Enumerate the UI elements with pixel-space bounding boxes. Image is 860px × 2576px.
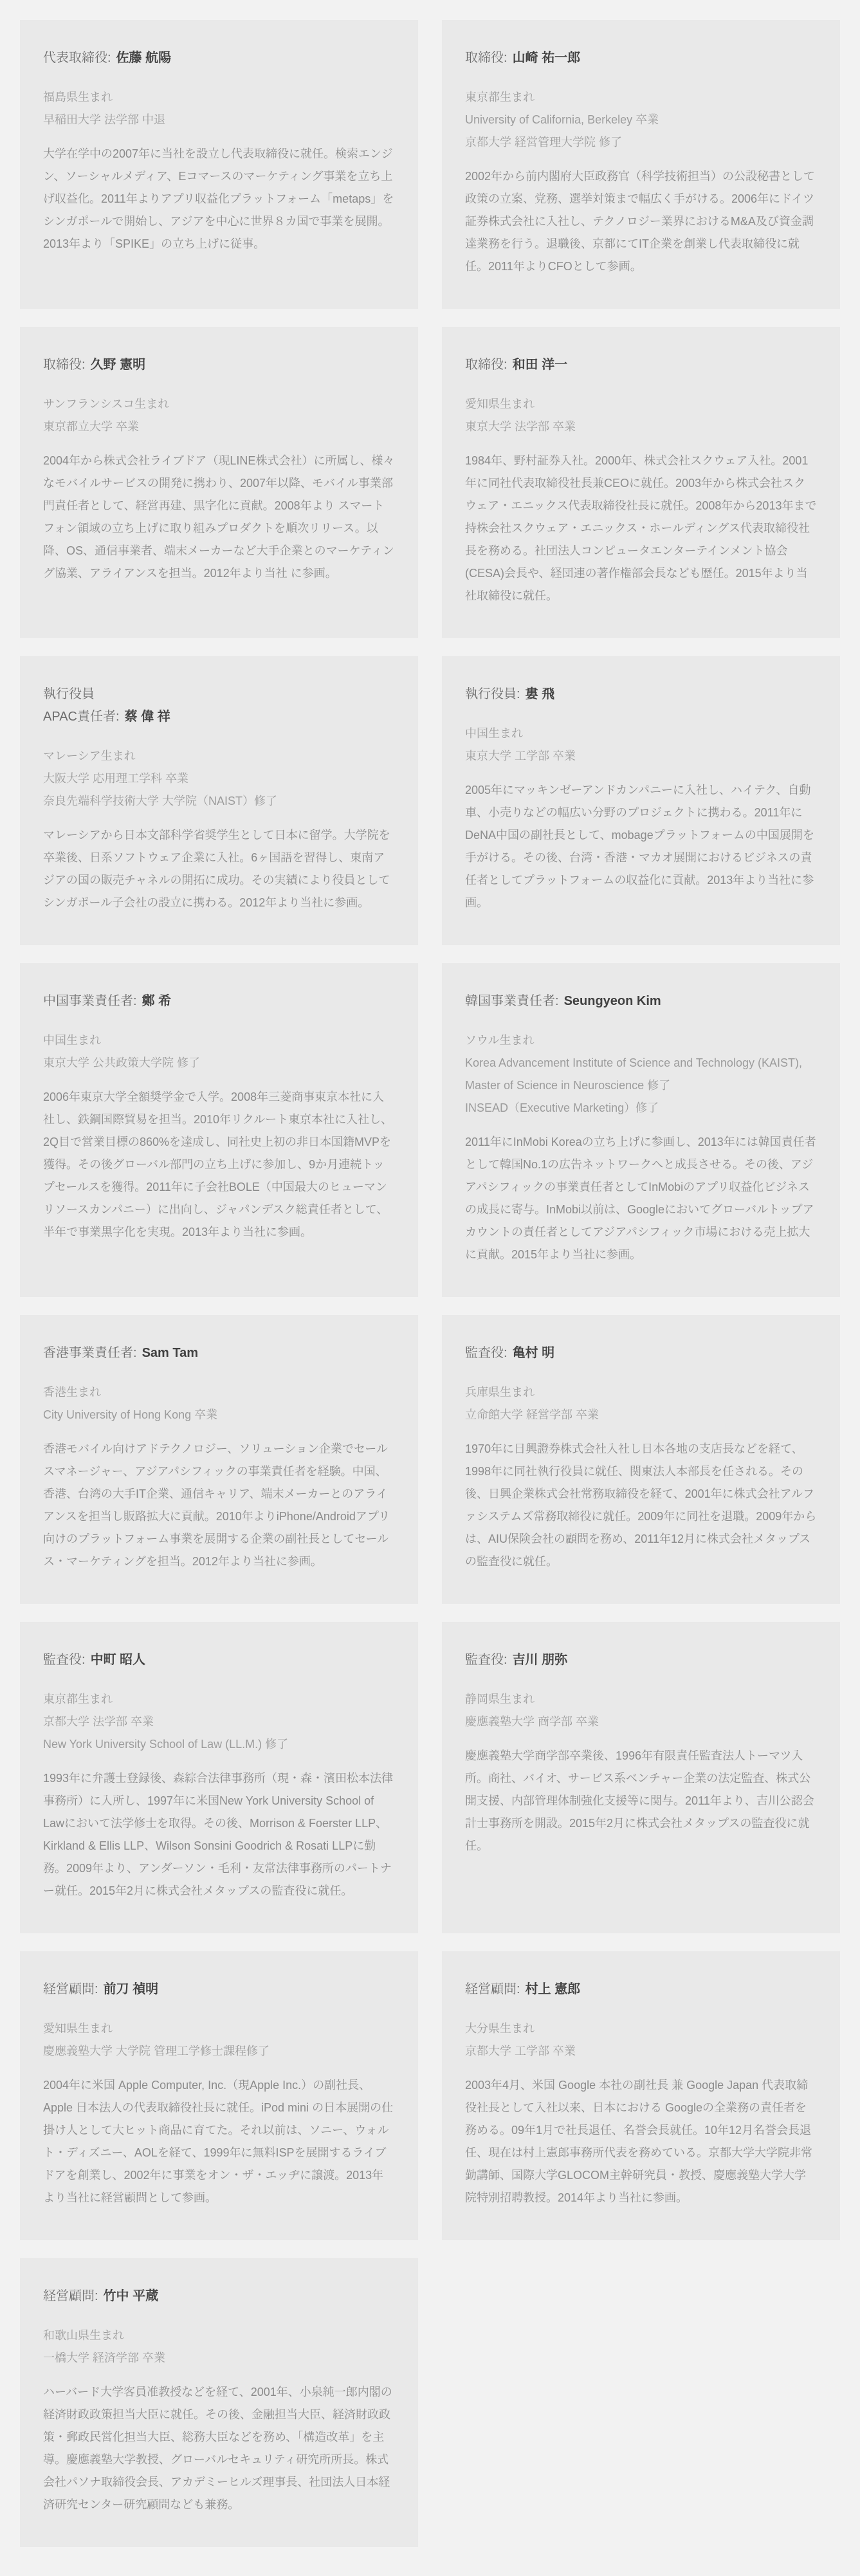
profile-title: 監査役:中町 昭人 [43, 1649, 395, 1671]
profile-name: 佐藤 航陽 [116, 51, 172, 65]
profile-origin-education: 大分県生まれ 京都大学 工学部 卒業 [465, 2018, 817, 2063]
profile-role: 経営顧問: [43, 2289, 98, 2303]
profile-card-murakami-norio: 経営顧問:村上 憲郎 大分県生まれ 京都大学 工学部 卒業 2003年4月、米国… [442, 1951, 840, 2240]
profile-bio: マレーシアから日本文部科学省奨学生として日本に留学。大学院を卒業後、日系ソフトウ… [43, 824, 395, 914]
profile-role: 経営顧問: [43, 1982, 98, 1996]
executives-page: 代表取締役:佐藤 航陽 福島県生まれ 早稲田大学 法学部 中退 大学在学中の20… [0, 0, 860, 2576]
profile-bio: 香港モバイル向けアドテクノロジー、ソリューション企業でセールスマネージャー、アジ… [43, 1438, 395, 1573]
profile-card-seungyeon-kim: 韓国事業責任者:Seungyeon Kim ソウル生まれ Korea Advan… [442, 963, 840, 1297]
profile-name: 前刀 禎明 [104, 1982, 159, 1996]
profile-origin-education: 静岡県生まれ 慶應義塾大学 商学部 卒業 [465, 1688, 817, 1733]
profile-bio: 2002年から前内閣府大臣政務官（科学技術担当）の公設秘書として政策の立案、党務… [465, 165, 817, 278]
profile-card-yamazaki-yuichiro: 取締役:山崎 祐一郎 東京都生まれ University of Californ… [442, 20, 840, 309]
profile-role: 監査役: [465, 1653, 508, 1667]
profile-bio: ハーバード大学客員准教授などを経て、2001年、小泉純一郎内閣の経済財政政策担当… [43, 2381, 395, 2516]
profile-title: 代表取締役:佐藤 航陽 [43, 47, 395, 69]
profile-name: 婁 飛 [526, 687, 555, 701]
profile-title: 監査役:亀村 明 [465, 1342, 817, 1365]
profile-name: Seungyeon Kim [564, 994, 661, 1008]
profile-title: 経営顧問:竹中 平蔵 [43, 2285, 395, 2308]
profile-bio: 2011年にInMobi Koreaの立ち上げに参画し、2013年には韓国責任者… [465, 1131, 817, 1266]
profile-origin-education: 香港生まれ City University of Hong Kong 卒業 [43, 1381, 395, 1426]
profile-origin-education: サンフランシスコ生まれ 東京都立大学 卒業 [43, 393, 395, 438]
profile-title: 取締役:和田 洋一 [465, 354, 817, 376]
profile-bio: 2005年にマッキンゼーアンドカンパニーに入社し、ハイテク、自動車、小売りなどの… [465, 779, 817, 914]
profile-origin-education: マレーシア生まれ 大阪大学 応用理工学科 卒業 奈良先端科学技術大学 大学院（N… [43, 745, 395, 813]
profile-origin-education: 和歌山県生まれ 一橋大学 経済学部 卒業 [43, 2324, 395, 2369]
profile-title: 執行役員:婁 飛 [465, 683, 817, 706]
profile-name: 和田 洋一 [513, 358, 568, 372]
profile-role: 代表取締役: [43, 51, 111, 65]
profile-card-takenaka-heizo: 経営顧問:竹中 平蔵 和歌山県生まれ 一橋大学 経済学部 卒業 ハーバード大学客… [20, 2258, 418, 2547]
profile-card-kamemura-akira: 監査役:亀村 明 兵庫県生まれ 立命館大学 経営学部 卒業 1970年に日興證券… [442, 1315, 840, 1604]
profile-title: 監査役:吉川 朋弥 [465, 1649, 817, 1671]
profile-title: 韓国事業責任者:Seungyeon Kim [465, 990, 817, 1013]
profile-bio: 2003年4月、米国 Google 本社の副社長 兼 Google Japan … [465, 2074, 817, 2209]
profile-origin-education: ソウル生まれ Korea Advancement Institute of Sc… [465, 1029, 817, 1119]
profile-role: 香港事業責任者: [43, 1346, 137, 1360]
profile-bio: 2006年東京大学全額奨学金で入学。2008年三菱商事東京本社に入社し、鉄鋼国際… [43, 1086, 395, 1244]
profile-title: 中国事業責任者:鄭 希 [43, 990, 395, 1013]
profile-bio: 慶應義塾大学商学部卒業後、1996年有限責任監査法人トーマツ入所。商社、バイオ、… [465, 1745, 817, 1857]
profile-card-chua-wei-siang: 執行役員 APAC責任者:蔡 偉 祥 マレーシア生まれ 大阪大学 応用理工学科 … [20, 656, 418, 945]
profile-bio: 2004年から株式会社ライブドア（現LINE株式会社）に所属し、様々なモバイルサ… [43, 450, 395, 585]
profile-origin-education: 愛知県生まれ 慶應義塾大学 大学院 管理工学修士課程修了 [43, 2018, 395, 2063]
profile-role: 取締役: [43, 358, 86, 372]
profile-origin-education: 中国生まれ 東京大学 公共政策大学院 修了 [43, 1029, 395, 1074]
profile-origin-education: 東京都生まれ 京都大学 法学部 卒業 New York University S… [43, 1688, 395, 1756]
profile-origin-education: 福島県生まれ 早稲田大学 法学部 中退 [43, 86, 395, 131]
profile-name: 亀村 明 [513, 1346, 555, 1360]
profile-card-lou-fei: 執行役員:婁 飛 中国生まれ 東京大学 工学部 卒業 2005年にマッキンゼーア… [442, 656, 840, 945]
profile-role: 取締役: [465, 51, 508, 65]
profile-card-sato-katsuaki: 代表取締役:佐藤 航陽 福島県生まれ 早稲田大学 法学部 中退 大学在学中の20… [20, 20, 418, 309]
profile-name: 久野 憲明 [91, 358, 146, 372]
profile-name: 蔡 偉 祥 [125, 710, 170, 724]
profile-role: 監査役: [43, 1653, 86, 1667]
profile-card-tei-ki: 中国事業責任者:鄭 希 中国生まれ 東京大学 公共政策大学院 修了 2006年東… [20, 963, 418, 1297]
profile-title: 経営顧問:前刀 禎明 [43, 1978, 395, 2001]
profile-role: 中国事業責任者: [43, 994, 137, 1008]
profile-title: 香港事業責任者:Sam Tam [43, 1342, 395, 1365]
profile-bio: 1993年に弁護士登録後、森綜合法律事務所（現・森・濱田松本法律事務所）に入所し… [43, 1767, 395, 1902]
profile-card-sam-tam: 香港事業責任者:Sam Tam 香港生まれ City University of… [20, 1315, 418, 1604]
profile-bio: 1970年に日興證券株式会社入社し日本各地の支店長などを経て、1998年に同社執… [465, 1438, 817, 1573]
profile-card-wada-yoichi: 取締役:和田 洋一 愛知県生まれ 東京大学 法学部 卒業 1984年、野村証券入… [442, 327, 840, 638]
profile-bio: 1984年、野村証券入社。2000年、株式会社スクウェア入社。2001年に同社代… [465, 450, 817, 607]
profile-name: 鄭 希 [142, 994, 172, 1008]
profile-role: 取締役: [465, 358, 508, 372]
profile-name: 山崎 祐一郎 [513, 51, 581, 65]
profile-name: 吉川 朋弥 [513, 1653, 568, 1667]
profile-name: Sam Tam [142, 1346, 198, 1360]
profile-card-yoshikawa-tomoya: 監査役:吉川 朋弥 静岡県生まれ 慶應義塾大学 商学部 卒業 慶應義塾大学商学部… [442, 1622, 840, 1933]
profile-card-kuno-noriaki: 取締役:久野 憲明 サンフランシスコ生まれ 東京都立大学 卒業 2004年から株… [20, 327, 418, 638]
profile-title: 取締役:山崎 祐一郎 [465, 47, 817, 69]
profile-name: 村上 憲郎 [526, 1982, 581, 1996]
profile-role: 監査役: [465, 1346, 508, 1360]
profile-name: 中町 昭人 [91, 1653, 146, 1667]
profile-bio: 大学在学中の2007年に当社を設立し代表取締役に就任。検索エンジン、ソーシャルメ… [43, 143, 395, 255]
profile-role: 執行役員: [465, 687, 520, 701]
profile-origin-education: 東京都生まれ University of California, Berkele… [465, 86, 817, 154]
profile-origin-education: 愛知県生まれ 東京大学 法学部 卒業 [465, 393, 817, 438]
profile-origin-education: 兵庫県生まれ 立命館大学 経営学部 卒業 [465, 1381, 817, 1426]
profile-role: 韓国事業責任者: [465, 994, 559, 1008]
profile-origin-education: 中国生まれ 東京大学 工学部 卒業 [465, 722, 817, 768]
profiles-grid: 代表取締役:佐藤 航陽 福島県生まれ 早稲田大学 法学部 中退 大学在学中の20… [20, 20, 840, 2547]
profile-title: 執行役員 APAC責任者:蔡 偉 祥 [43, 683, 395, 728]
profile-title: 経営顧問:村上 憲郎 [465, 1978, 817, 2001]
profile-bio: 2004年に米国 Apple Computer, Inc.（現Apple Inc… [43, 2074, 395, 2209]
profile-role: 執行役員 APAC責任者: [43, 687, 120, 724]
profile-role: 経営顧問: [465, 1982, 520, 1996]
profile-card-saito-yoshiaki: 経営顧問:前刀 禎明 愛知県生まれ 慶應義塾大学 大学院 管理工学修士課程修了 … [20, 1951, 418, 2240]
profile-title: 取締役:久野 憲明 [43, 354, 395, 376]
profile-card-nakamachi-akihito: 監査役:中町 昭人 東京都生まれ 京都大学 法学部 卒業 New York Un… [20, 1622, 418, 1933]
profile-name: 竹中 平蔵 [104, 2289, 159, 2303]
